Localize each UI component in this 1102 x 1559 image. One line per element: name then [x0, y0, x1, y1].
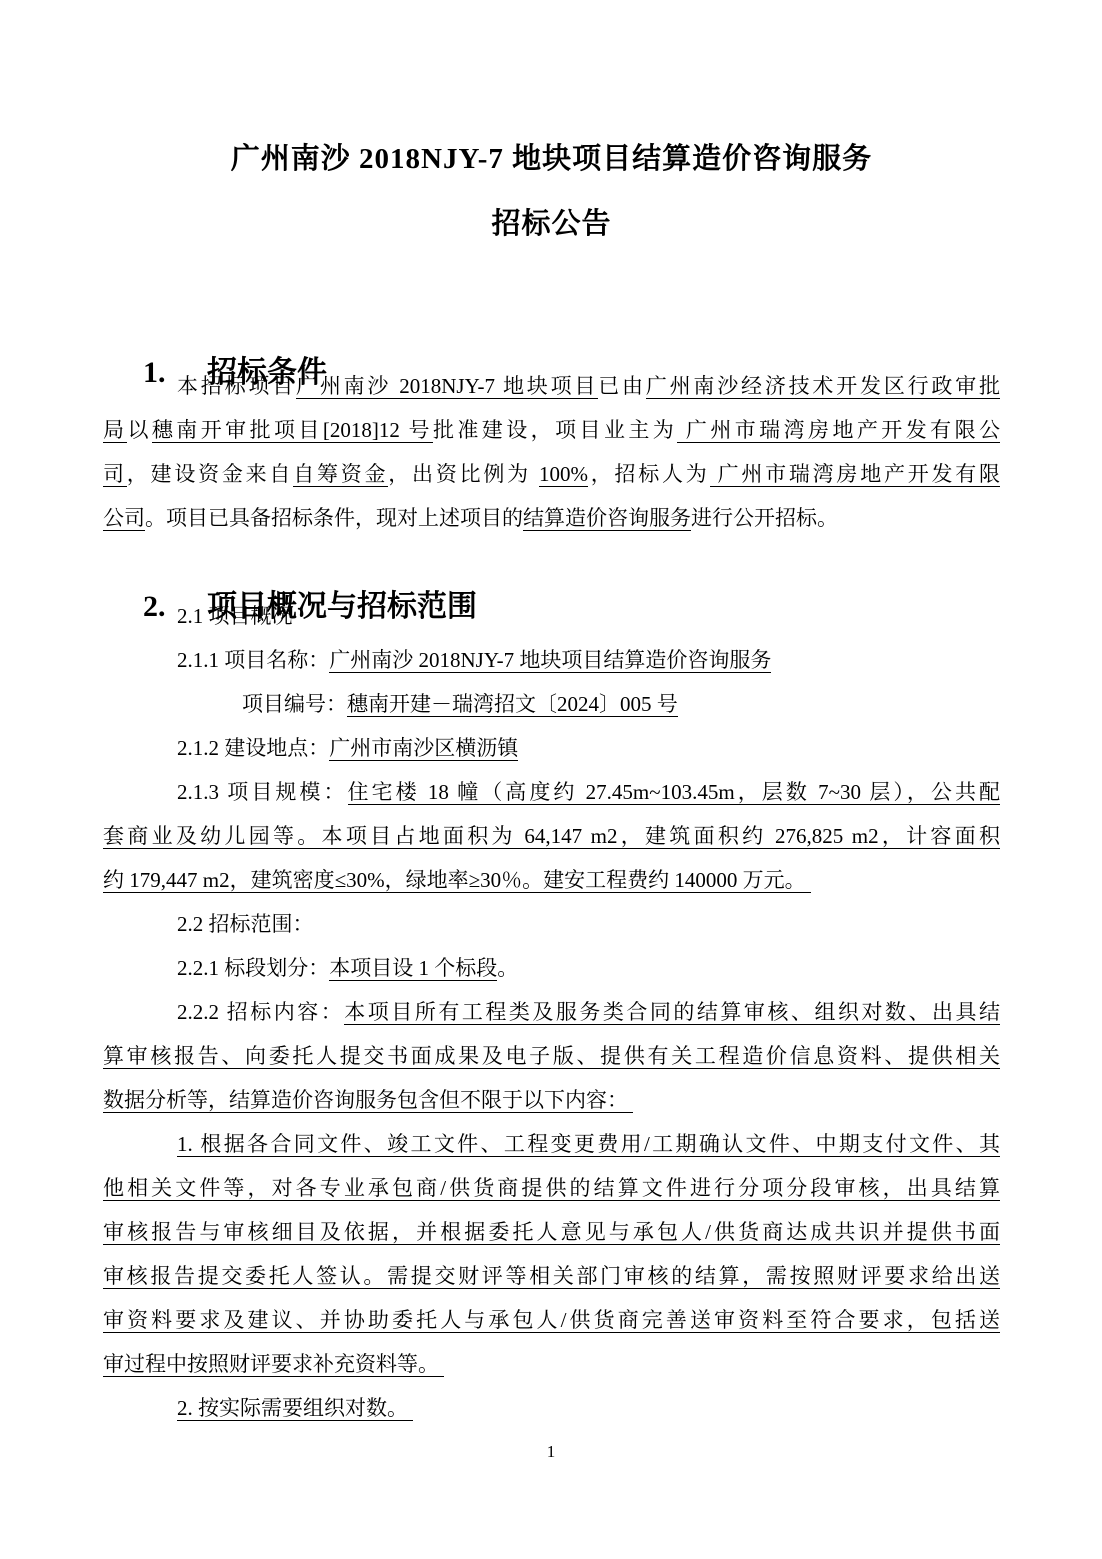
underlined-text: 广州市南沙区横沥镇 — [329, 736, 518, 761]
underlined-text: 数据分析等，结算造价咨询服务包含但不限于以下内容： — [103, 1088, 633, 1113]
text-line: 1. 根据各合同文件、竣工文件、工程变更费用/工期确认文件、中期支付文件、其 — [103, 1122, 1000, 1166]
text-line: 2.2.1 标段划分：本项目设 1 个标段。 — [103, 946, 1000, 990]
underlined-text: 穗南开建－瑞湾招文〔2024〕005 号 — [347, 692, 678, 717]
underlined-text: 审过程中按照财评要求补充资料等。 — [103, 1352, 444, 1377]
text-line: 审核报告提交委托人签认。需提交财评等相关部门审核的结算，需按照财评要求给出送 — [103, 1254, 1000, 1298]
plain-text: 本招标项目 — [177, 374, 296, 398]
plain-text: 。项目已具备招标条件，现对上述项目的 — [145, 506, 523, 530]
text-line: 司，建设资金来自自筹资金，出资比例为 100%，招标人为 广州市瑞湾房地产开发有… — [103, 452, 1000, 496]
text-line: 2.1.3 项目规模：住宅楼 18 幢（高度约 27.45m~103.45m，层… — [103, 770, 1000, 814]
plain-text: 2.1.2 建设地点： — [177, 736, 329, 760]
plain-text: ，招标人为 — [588, 462, 710, 486]
plain-text: 2.1.3 项目规模： — [177, 780, 348, 804]
plain-text: ，建设资金来自 — [127, 462, 293, 486]
text-line: 2.1 项目概况 — [103, 594, 1000, 638]
plain-text: 已由 — [598, 374, 646, 398]
underlined-text: 本项目设 1 个标段 — [329, 956, 497, 981]
underlined-text: 广州市瑞湾房地产开发有限 — [710, 462, 1001, 487]
plain-text: 2.1 项目概况 — [177, 604, 293, 628]
text-line: 算审核报告、向委托人提交书面成果及电子版、提供有关工程造价信息资料、提供相关 — [103, 1034, 1000, 1078]
text-line: 2.1.1 项目名称：广州南沙 2018NJY-7 地块项目结算造价咨询服务 — [103, 638, 1000, 682]
page-number: 1 — [0, 1442, 1102, 1462]
underlined-text: 穗南开审批项目[2018]12 号 — [152, 418, 433, 443]
text-line: 审过程中按照财评要求补充资料等。 — [103, 1342, 1000, 1386]
document-body: 2.1 项目概况2.1.1 项目名称：广州南沙 2018NJY-7 地块项目结算… — [103, 594, 1000, 1430]
document-subtitle: 招标公告 — [103, 206, 1000, 243]
underlined-text: 算审核报告、向委托人提交书面成果及电子版、提供有关工程造价信息资料、提供相关 — [103, 1044, 1000, 1069]
plain-text: 2.1.1 项目名称： — [177, 648, 329, 672]
underlined-text: 广州南沙 2018NJY-7 地块项目结算造价咨询服务 — [329, 648, 771, 673]
text-line: 约 179,447 m2，建筑密度≤30%，绿地率≥30％。建安工程费约 140… — [103, 858, 1000, 902]
text-line: 项目编号：穗南开建－瑞湾招文〔2024〕005 号 — [103, 682, 1000, 726]
underlined-text: 审核报告与审核细目及依据，并根据委托人意见与承包人/供货商达成共识并提供书面 — [103, 1220, 1000, 1245]
text-line: 公司。项目已具备招标条件，现对上述项目的结算造价咨询服务进行公开招标。 — [103, 496, 1000, 540]
underlined-text: 局 — [103, 418, 127, 443]
document-title: 广州南沙 2018NJY-7 地块项目结算造价咨询服务 — [103, 141, 1000, 178]
text-line: 2.2.2 招标内容：本项目所有工程类及服务类合同的结算审核、组织对数、出具结 — [103, 990, 1000, 1034]
text-line: 数据分析等，结算造价咨询服务包含但不限于以下内容： — [103, 1078, 1000, 1122]
underlined-text: 司 — [103, 462, 127, 487]
plain-text: 批准建设，项目业主为 — [433, 418, 677, 442]
underlined-text: 审核报告提交委托人签认。需提交财评等相关部门审核的结算，需按照财评要求给出送 — [103, 1264, 1000, 1289]
underlined-text: 住宅楼 18 幢（高度约 27.45m~103.45m，层数 7~30 层），公… — [348, 780, 1001, 805]
page-container: 广州南沙 2018NJY-7 地块项目结算造价咨询服务 招标公告 1.招标条件 … — [0, 0, 1102, 1559]
text-line: 2.1.2 建设地点：广州市南沙区横沥镇 — [103, 726, 1000, 770]
plain-text: 2.2 招标范围： — [177, 912, 314, 936]
underlined-text: 自筹资金 — [293, 462, 388, 487]
plain-text: 2.2.1 标段划分： — [177, 956, 329, 980]
paragraph-tender-conditions: 本招标项目广州南沙 2018NJY-7 地块项目已由广州南沙经济技术开发区行政审… — [103, 364, 1000, 540]
text-line: 本招标项目广州南沙 2018NJY-7 地块项目已由广州南沙经济技术开发区行政审… — [103, 364, 1000, 408]
underlined-text: 结算造价咨询服务 — [523, 506, 691, 531]
underlined-text: 公司 — [103, 506, 145, 531]
underlined-text: 广州南沙 2018NJY-7 地块项目 — [296, 374, 598, 399]
underlined-text: 约 179,447 m2，建筑密度≤30%，绿地率≥30％。建安工程费约 140… — [103, 868, 811, 893]
underlined-text: 广州南沙经济技术开发区行政审批 — [646, 374, 1000, 399]
text-line: 套商业及幼儿园等。本项目占地面积为 64,147 m2，建筑面积约 276,82… — [103, 814, 1000, 858]
plain-text: 进行公开招标。 — [691, 506, 838, 530]
text-line: 局以穗南开审批项目[2018]12 号批准建设，项目业主为 广州市瑞湾房地产开发… — [103, 408, 1000, 452]
underlined-text: 他相关文件等，对各专业承包商/供货商提供的结算文件进行分项分段审核，出具结算 — [103, 1176, 1000, 1201]
underlined-text: 2. 按实际需要组织对数。 — [177, 1396, 413, 1421]
plain-text: 以 — [127, 418, 151, 442]
plain-text: 项目编号： — [242, 692, 347, 716]
underlined-text: 本项目所有工程类及服务类合同的结算审核、组织对数、出具结 — [344, 1000, 1000, 1025]
text-line: 审核报告与审核细目及依据，并根据委托人意见与承包人/供货商达成共识并提供书面 — [103, 1210, 1000, 1254]
text-line: 审资料要求及建议、并协助委托人与承包人/供货商完善送审资料至符合要求，包括送 — [103, 1298, 1000, 1342]
plain-text: 。 — [497, 956, 518, 980]
text-line: 2.2 招标范围： — [103, 902, 1000, 946]
text-line: 2. 按实际需要组织对数。 — [103, 1386, 1000, 1430]
plain-text: 2.2.2 招标内容： — [177, 1000, 344, 1024]
plain-text: ，出资比例为 — [388, 462, 539, 486]
text-line: 他相关文件等，对各专业承包商/供货商提供的结算文件进行分项分段审核，出具结算 — [103, 1166, 1000, 1210]
underlined-text: 审资料要求及建议、并协助委托人与承包人/供货商完善送审资料至符合要求，包括送 — [103, 1308, 1000, 1333]
underlined-text: 套商业及幼儿园等。本项目占地面积为 64,147 m2，建筑面积约 276,82… — [103, 824, 1000, 849]
underlined-text: 1. 根据各合同文件、竣工文件、工程变更费用/工期确认文件、中期支付文件、其 — [177, 1132, 1000, 1157]
underlined-text: 100% — [539, 462, 588, 487]
underlined-text: 广州市瑞湾房地产开发有限公 — [677, 418, 1000, 443]
